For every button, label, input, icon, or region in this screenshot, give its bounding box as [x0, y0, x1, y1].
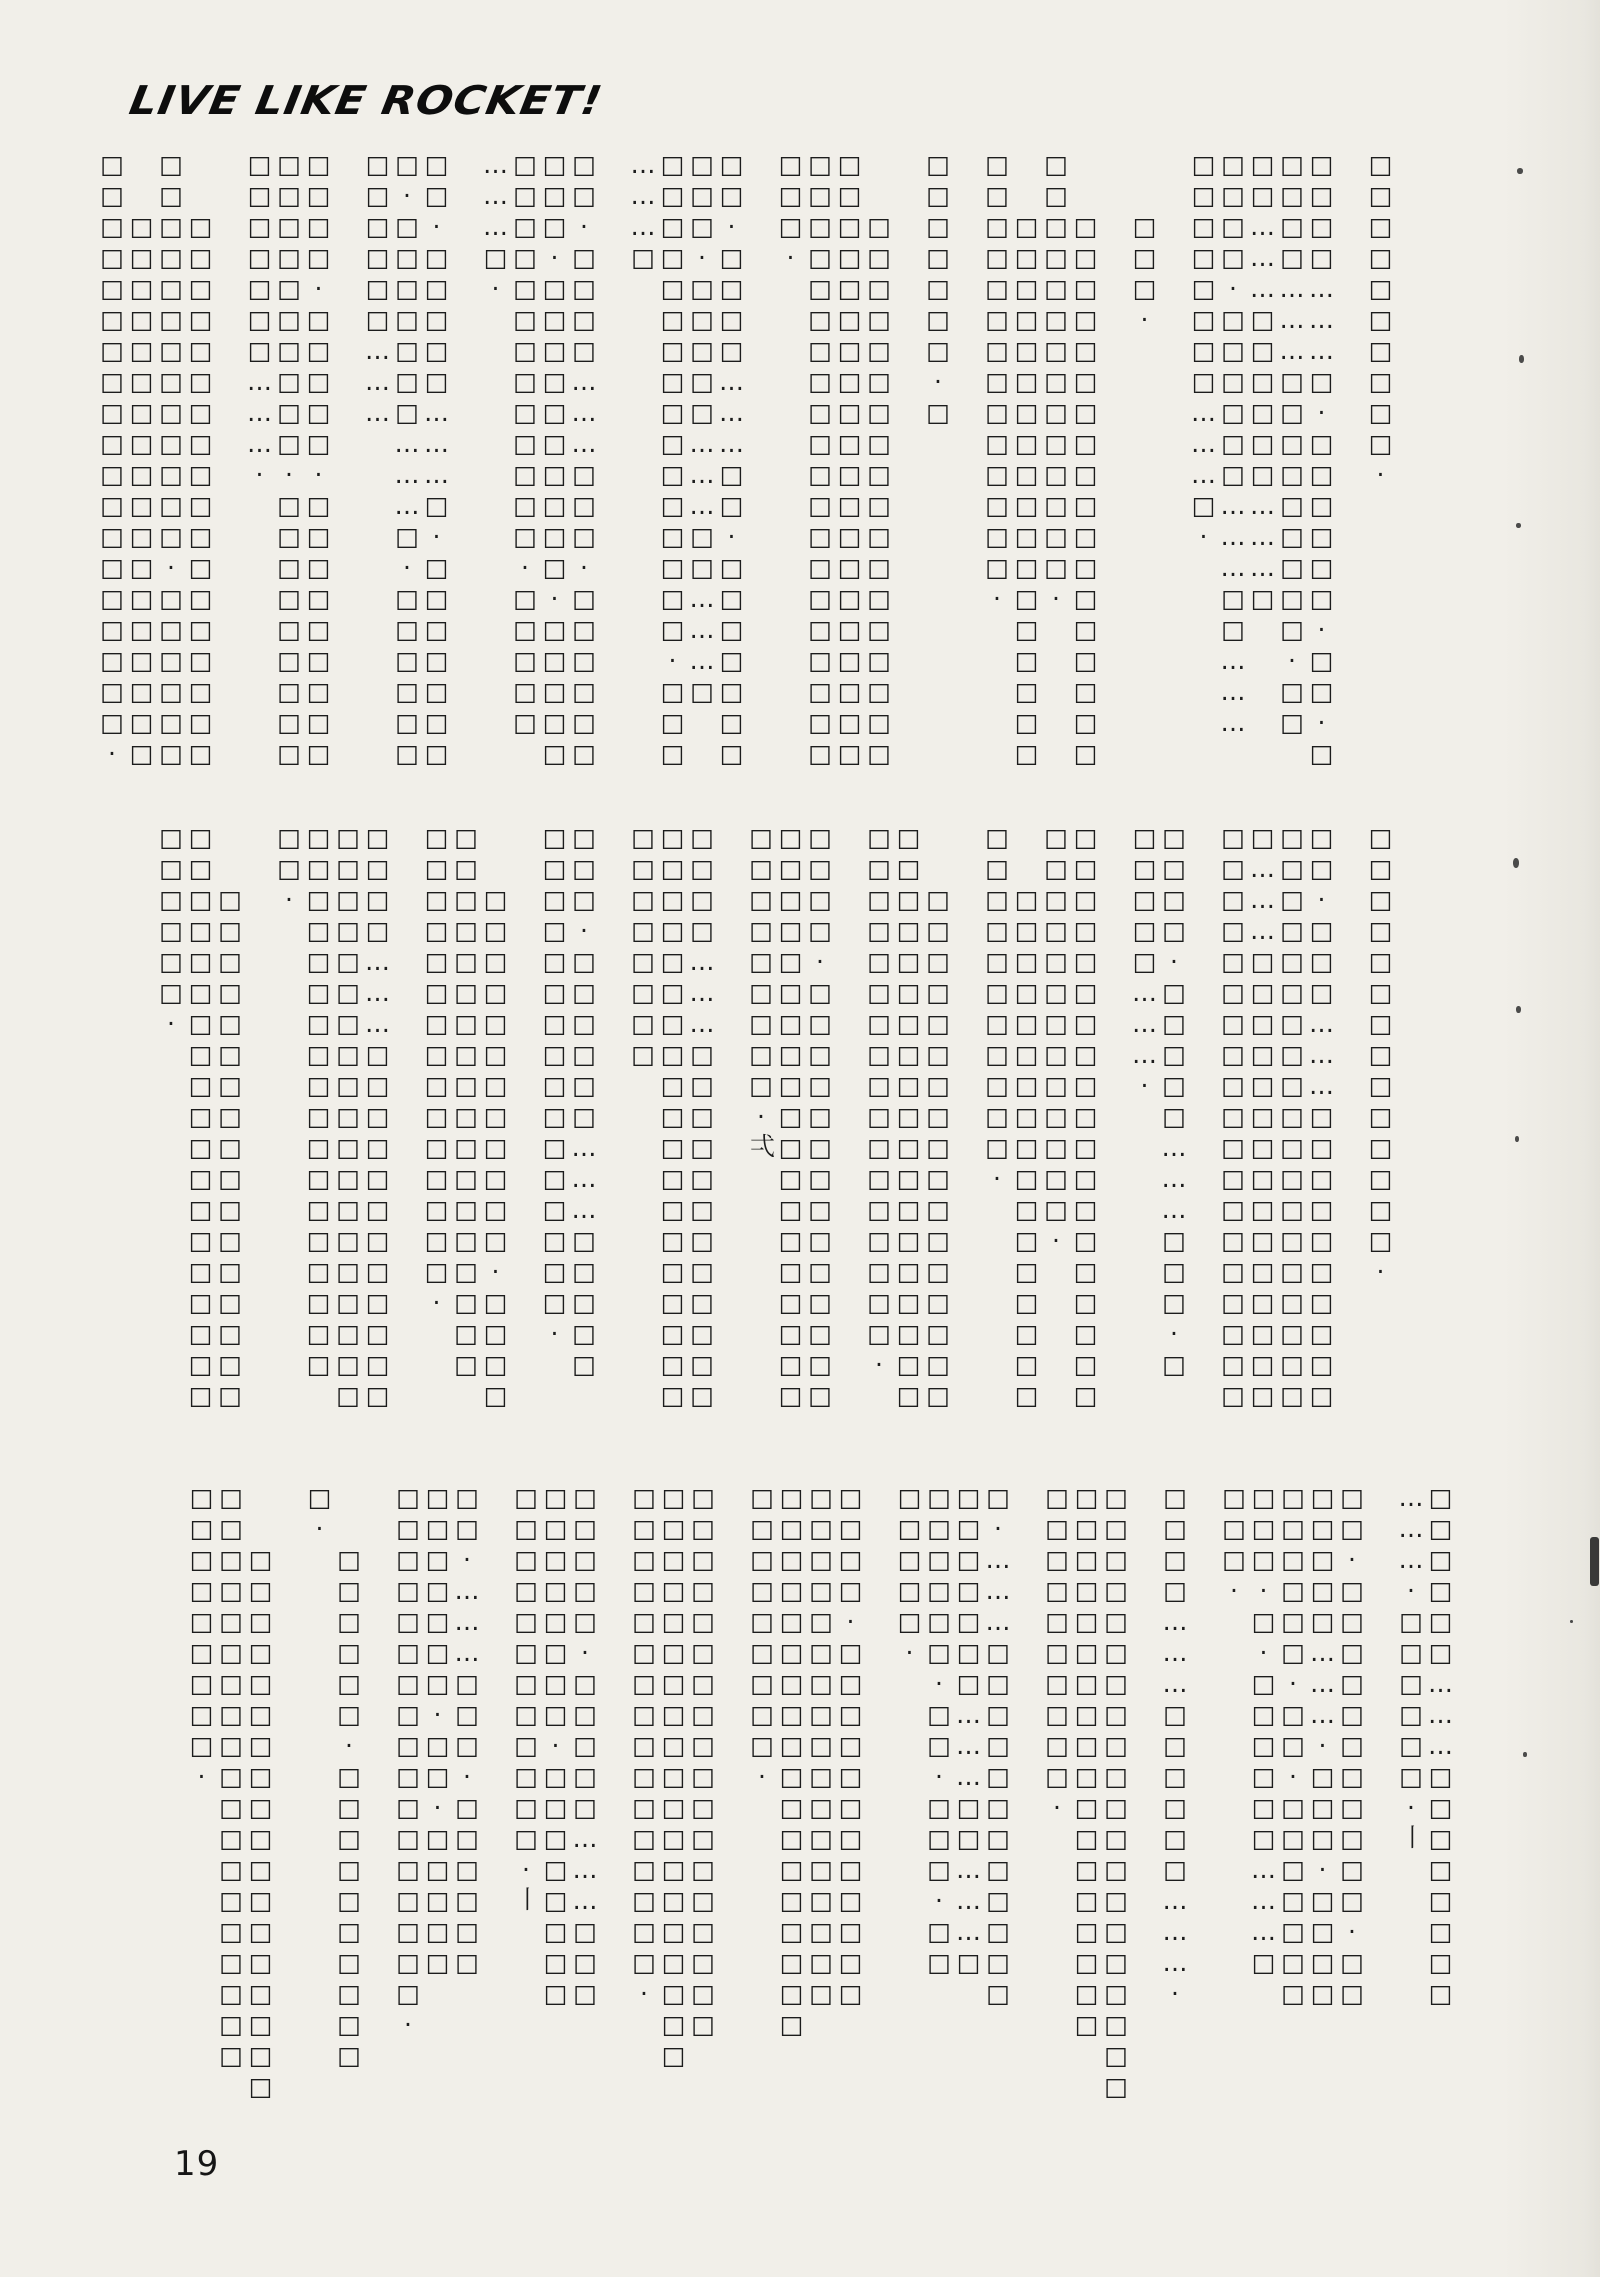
- scanned-page: LIVE LIKE ROCKET! □□□□□□□□□□· □□□□………□·□…: [0, 0, 1600, 2277]
- scan-speck: [1517, 168, 1523, 174]
- scan-speck: [1519, 355, 1524, 363]
- scan-speck: [1513, 858, 1519, 868]
- text-band-2: □□□□□□□□□□□□□□· □□·□□□………□□□□□□□□□□□ □□□…: [156, 823, 1395, 1415]
- scan-speck: [1523, 1752, 1527, 1757]
- text-band-1: □□□□□□□□□□· □□□□………□·□□□□□□·□□·□□ □□□□………: [97, 150, 1395, 772]
- scan-speck: [1516, 1006, 1521, 1013]
- binding-mark: [1590, 1537, 1599, 1586]
- scan-speck: [1515, 1136, 1519, 1142]
- page-number: 19: [174, 2144, 219, 2184]
- scan-speck: [1516, 523, 1521, 528]
- page-title: LIVE LIKE ROCKET!: [126, 78, 606, 124]
- scan-speck: [1570, 1620, 1573, 1623]
- text-band-3: □□□□□□………□□□□□□□□ ………·□□□□□□·丨 □□·□□□□□□…: [187, 1483, 1456, 2108]
